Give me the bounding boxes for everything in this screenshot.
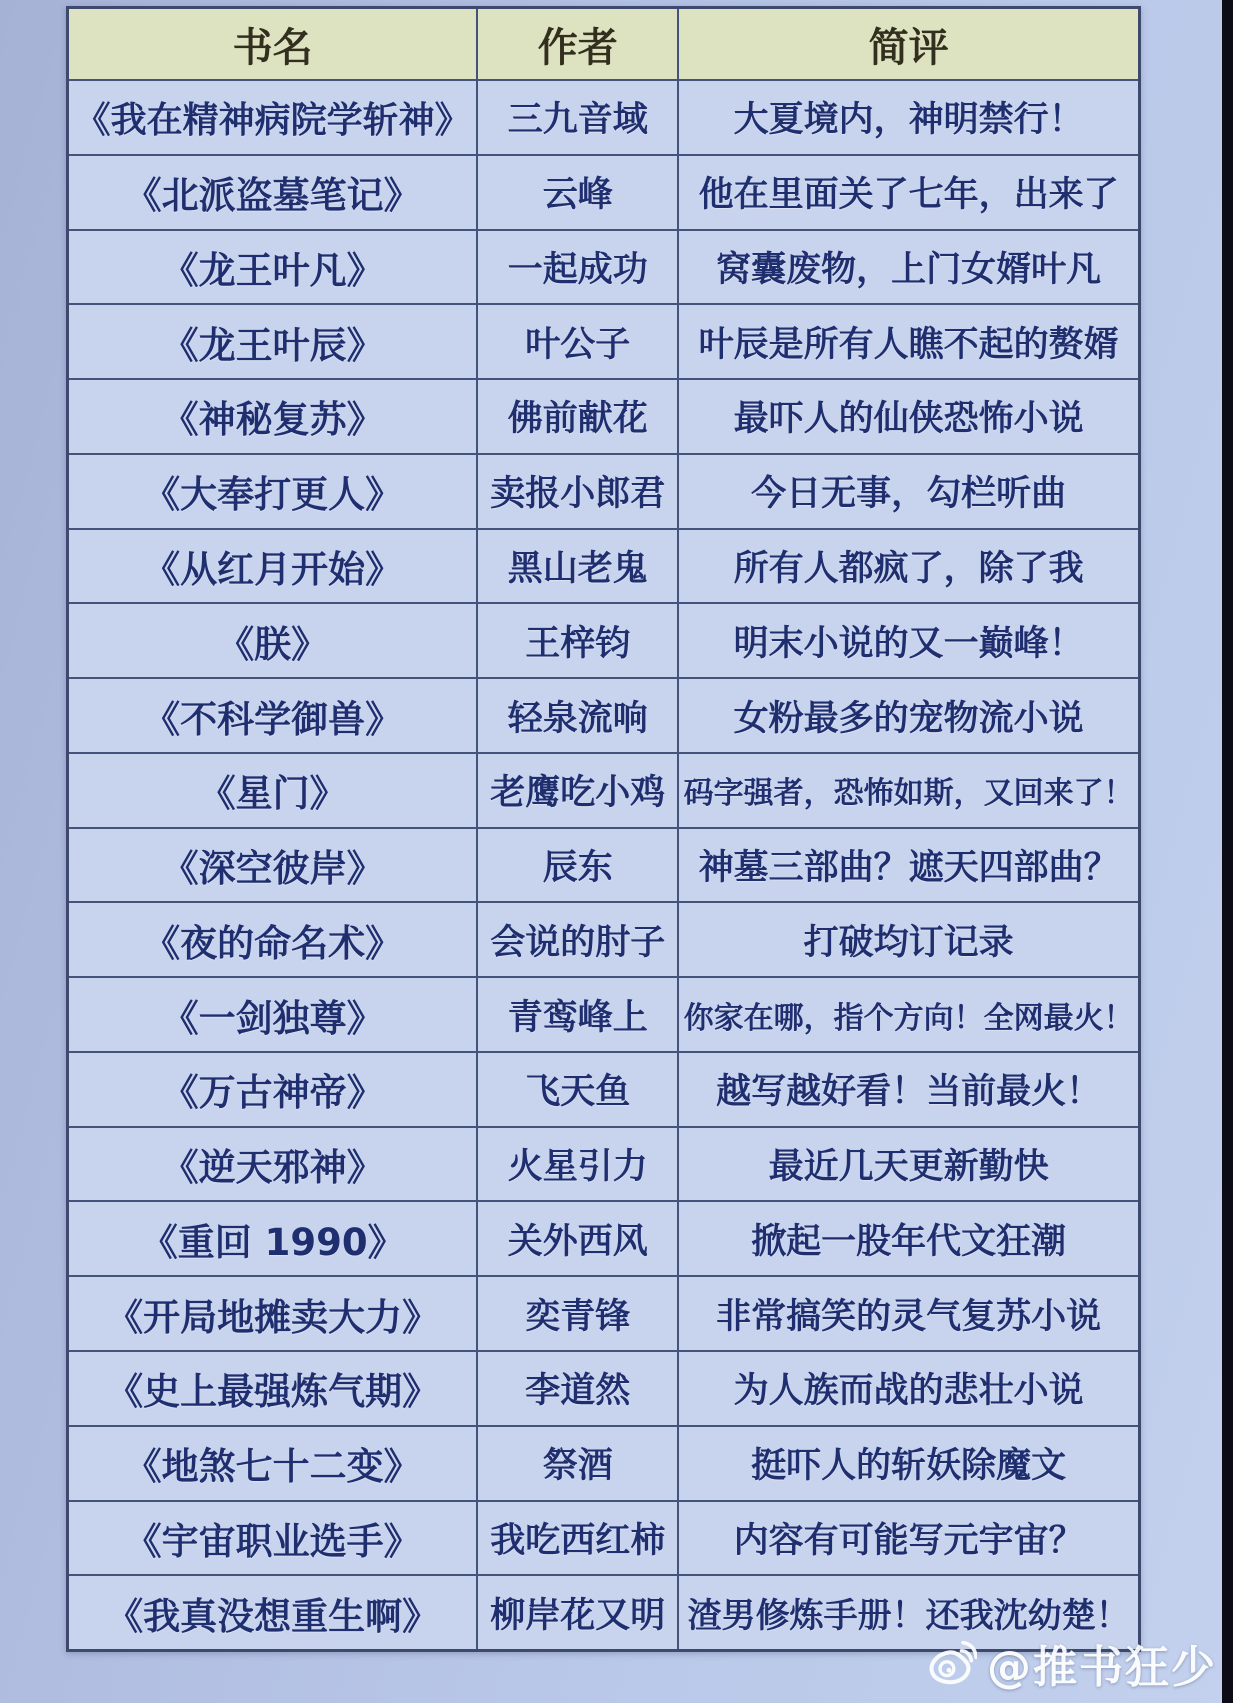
author-cell-text: 王梓钧	[525, 616, 630, 666]
review-cell: 最吓人的仙侠恐怖小说	[677, 380, 1138, 453]
review-cell: 叶辰是所有人瞧不起的赘婿	[677, 305, 1138, 378]
review-cell: 大夏境内，神明禁行！	[677, 81, 1138, 154]
table-row: 《大奉打更人》卖报小郎君今日无事，勾栏听曲	[69, 453, 1138, 528]
table-row: 《地煞七十二变》祭酒挺吓人的斩妖除魔文	[69, 1425, 1138, 1500]
watermark: @推书狂少	[925, 1631, 1217, 1695]
review-cell-text: 你家在哪，指个方向！全网最火！	[684, 993, 1134, 1037]
review-cell-text: 打破均订记录	[804, 915, 1014, 965]
table-row: 《龙王叶凡》一起成功窝囊废物，上门女婿叶凡	[69, 229, 1138, 304]
review-cell-text: 最吓人的仙侠恐怖小说	[734, 391, 1084, 441]
header-book-title: 书名	[69, 9, 476, 79]
table-row: 《从红月开始》黑山老鬼所有人都疯了，除了我	[69, 528, 1138, 603]
author-cell: 王梓钧	[476, 604, 677, 677]
author-cell-text: 会说的肘子	[490, 915, 665, 965]
author-cell: 辰东	[476, 829, 677, 902]
author-cell: 轻泉流响	[476, 679, 677, 752]
table-row: 《神秘复苏》佛前献花最吓人的仙侠恐怖小说	[69, 378, 1138, 453]
book-title-cell: 《深空彼岸》	[69, 829, 476, 902]
review-cell: 你家在哪，指个方向！全网最火！	[677, 978, 1138, 1051]
author-cell: 叶公子	[476, 305, 677, 378]
author-cell: 柳岸花又明	[476, 1576, 677, 1649]
header-review-text: 简评	[869, 16, 949, 73]
author-cell-text: 火星引力	[508, 1139, 648, 1189]
author-cell: 卖报小郎君	[476, 455, 677, 528]
author-cell-text: 青鸾峰上	[508, 990, 648, 1040]
review-cell-text: 为人族而战的悲壮小说	[734, 1363, 1084, 1413]
review-cell: 内容有可能写元宇宙？	[677, 1502, 1138, 1575]
book-title-cell: 《从红月开始》	[69, 530, 476, 603]
author-cell-text: 卖报小郎君	[490, 466, 665, 516]
author-cell-text: 老鹰吃小鸡	[490, 765, 665, 815]
review-cell: 女粉最多的宠物流小说	[677, 679, 1138, 752]
author-cell-text: 祭酒	[543, 1438, 613, 1488]
book-title-cell: 《一剑独尊》	[69, 978, 476, 1051]
author-cell-text: 奕青锋	[525, 1289, 630, 1339]
book-title-cell-text: 《万古神帝》	[162, 1062, 384, 1116]
review-cell: 今日无事，勾栏听曲	[677, 455, 1138, 528]
table-row: 《逆天邪神》火星引力最近几天更新勤快	[69, 1126, 1138, 1201]
book-title-cell-text: 《开局地摊卖大力》	[106, 1287, 439, 1341]
author-cell: 奕青锋	[476, 1277, 677, 1350]
author-cell: 会说的肘子	[476, 903, 677, 976]
book-title-cell-text: 《重回 1990》	[141, 1212, 405, 1266]
header-author: 作者	[476, 9, 677, 79]
book-title-cell: 《神秘复苏》	[69, 380, 476, 453]
book-table: 书名 作者 简评 《我在精神病院学斩神》三九音域大夏境内，神明禁行！《北派盗墓笔…	[66, 6, 1141, 1652]
review-cell-text: 女粉最多的宠物流小说	[734, 691, 1084, 741]
author-cell: 黑山老鬼	[476, 530, 677, 603]
book-title-cell: 《开局地摊卖大力》	[69, 1277, 476, 1350]
author-cell-text: 叶公子	[525, 317, 630, 367]
book-title-cell: 《北派盗墓笔记》	[69, 156, 476, 229]
book-title-cell-text: 《逆天邪神》	[162, 1137, 384, 1191]
review-cell: 非常搞笑的灵气复苏小说	[677, 1277, 1138, 1350]
author-cell-text: 佛前献花	[508, 391, 648, 441]
author-cell: 一起成功	[476, 231, 677, 304]
review-cell-text: 码字强者，恐怖如斯，又回来了！	[684, 768, 1134, 812]
book-title-cell-text: 《深空彼岸》	[162, 838, 384, 892]
book-title-cell-text: 《宇宙职业选手》	[125, 1511, 421, 1565]
table-row: 《北派盗墓笔记》云峰他在里面关了七年，出来了	[69, 154, 1138, 229]
book-title-cell-text: 《我真没想重生啊》	[106, 1586, 439, 1640]
book-title-cell-text: 《神秘复苏》	[162, 389, 384, 443]
author-cell-text: 飞天鱼	[525, 1064, 630, 1114]
book-title-cell: 《不科学御兽》	[69, 679, 476, 752]
book-title-cell-text: 《星门》	[199, 763, 347, 817]
author-cell-text: 辰东	[543, 840, 613, 890]
book-title-cell: 《宇宙职业选手》	[69, 1502, 476, 1575]
author-cell: 云峰	[476, 156, 677, 229]
table-row: 《星门》老鹰吃小鸡码字强者，恐怖如斯，又回来了！	[69, 752, 1138, 827]
author-cell: 火星引力	[476, 1128, 677, 1201]
book-title-cell: 《地煞七十二变》	[69, 1427, 476, 1500]
book-title-cell: 《我在精神病院学斩神》	[69, 81, 476, 154]
review-cell-text: 他在里面关了七年，出来了	[699, 167, 1119, 217]
author-cell-text: 柳岸花又明	[490, 1588, 665, 1638]
book-title-cell: 《大奉打更人》	[69, 455, 476, 528]
book-title-cell-text: 《史上最强炼气期》	[106, 1361, 439, 1415]
book-title-cell-text: 《北派盗墓笔记》	[125, 165, 421, 219]
book-title-cell-text: 《从红月开始》	[143, 539, 402, 593]
author-cell: 老鹰吃小鸡	[476, 754, 677, 827]
review-cell: 最近几天更新勤快	[677, 1128, 1138, 1201]
review-cell-text: 掀起一股年代文狂潮	[751, 1214, 1066, 1264]
table-row: 《史上最强炼气期》李道然为人族而战的悲壮小说	[69, 1350, 1138, 1425]
review-cell-text: 非常搞笑的灵气复苏小说	[716, 1289, 1101, 1339]
review-cell: 码字强者，恐怖如斯，又回来了！	[677, 754, 1138, 827]
review-cell: 他在里面关了七年，出来了	[677, 156, 1138, 229]
table-row: 《深空彼岸》辰东神墓三部曲？遮天四部曲？	[69, 827, 1138, 902]
book-title-cell: 《星门》	[69, 754, 476, 827]
page: 书名 作者 简评 《我在精神病院学斩神》三九音域大夏境内，神明禁行！《北派盗墓笔…	[0, 0, 1233, 1703]
author-cell-text: 我吃西红柿	[490, 1513, 665, 1563]
review-cell: 为人族而战的悲壮小说	[677, 1352, 1138, 1425]
table-header-row: 书名 作者 简评	[69, 9, 1138, 79]
table-row: 《我在精神病院学斩神》三九音域大夏境内，神明禁行！	[69, 79, 1138, 154]
review-cell-text: 明末小说的又一巅峰！	[734, 616, 1084, 666]
review-cell: 窝囊废物，上门女婿叶凡	[677, 231, 1138, 304]
author-cell: 关外西风	[476, 1202, 677, 1275]
author-cell-text: 李道然	[525, 1363, 630, 1413]
table-row: 《不科学御兽》轻泉流响女粉最多的宠物流小说	[69, 677, 1138, 752]
book-title-cell-text: 《龙王叶辰》	[162, 315, 384, 369]
book-title-cell-text: 《夜的命名术》	[143, 913, 402, 967]
book-title-cell: 《万古神帝》	[69, 1053, 476, 1126]
book-title-cell: 《逆天邪神》	[69, 1128, 476, 1201]
book-title-cell-text: 《我在精神病院学斩神》	[75, 92, 471, 143]
table-row: 《一剑独尊》青鸾峰上你家在哪，指个方向！全网最火！	[69, 976, 1138, 1051]
table-row: 《夜的命名术》会说的肘子打破均订记录	[69, 901, 1138, 976]
author-cell: 祭酒	[476, 1427, 677, 1500]
author-cell-text: 三九音域	[508, 92, 648, 142]
review-cell: 打破均订记录	[677, 903, 1138, 976]
review-cell: 所有人都疯了，除了我	[677, 530, 1138, 603]
table-body: 《我在精神病院学斩神》三九音域大夏境内，神明禁行！《北派盗墓笔记》云峰他在里面关…	[69, 79, 1138, 1649]
review-cell-text: 叶辰是所有人瞧不起的赘婿	[699, 317, 1119, 367]
review-cell-text: 今日无事，勾栏听曲	[751, 466, 1066, 516]
author-cell-text: 轻泉流响	[508, 691, 648, 741]
table-row: 《万古神帝》飞天鱼越写越好看！当前最火！	[69, 1051, 1138, 1126]
review-cell-text: 挺吓人的斩妖除魔文	[751, 1438, 1066, 1488]
book-title-cell: 《夜的命名术》	[69, 903, 476, 976]
author-cell-text: 一起成功	[508, 242, 648, 292]
table-row: 《宇宙职业选手》我吃西红柿内容有可能写元宇宙？	[69, 1500, 1138, 1575]
review-cell: 挺吓人的斩妖除魔文	[677, 1427, 1138, 1500]
author-cell: 青鸾峰上	[476, 978, 677, 1051]
header-book-title-text: 书名	[233, 16, 313, 73]
review-cell-text: 最近几天更新勤快	[769, 1139, 1049, 1189]
book-title-cell: 《史上最强炼气期》	[69, 1352, 476, 1425]
table-row: 《龙王叶辰》叶公子叶辰是所有人瞧不起的赘婿	[69, 303, 1138, 378]
book-title-cell-text: 《不科学御兽》	[143, 689, 402, 743]
author-cell: 飞天鱼	[476, 1053, 677, 1126]
review-cell-text: 所有人都疯了，除了我	[734, 541, 1084, 591]
book-title-cell: 《龙王叶凡》	[69, 231, 476, 304]
review-cell: 越写越好看！当前最火！	[677, 1053, 1138, 1126]
right-edge-strip	[1222, 0, 1233, 1703]
book-title-cell-text: 《地煞七十二变》	[125, 1436, 421, 1490]
table-row: 《开局地摊卖大力》奕青锋非常搞笑的灵气复苏小说	[69, 1275, 1138, 1350]
author-cell-text: 云峰	[543, 167, 613, 217]
review-cell-text: 神墓三部曲？遮天四部曲？	[699, 840, 1119, 890]
book-title-cell: 《龙王叶辰》	[69, 305, 476, 378]
table-row: 《重回 1990》关外西风掀起一股年代文狂潮	[69, 1200, 1138, 1275]
book-title-cell-text: 《大奉打更人》	[143, 464, 402, 518]
author-cell: 三九音域	[476, 81, 677, 154]
table-row: 《朕》王梓钧明末小说的又一巅峰！	[69, 602, 1138, 677]
author-cell: 佛前献花	[476, 380, 677, 453]
review-cell-text: 越写越好看！当前最火！	[716, 1064, 1101, 1114]
review-cell: 神墓三部曲？遮天四部曲？	[677, 829, 1138, 902]
book-title-cell-text: 《朕》	[217, 614, 328, 668]
review-cell: 明末小说的又一巅峰！	[677, 604, 1138, 677]
book-title-cell-text: 《龙王叶凡》	[162, 240, 384, 294]
header-review: 简评	[677, 9, 1138, 79]
author-cell-text: 关外西风	[508, 1214, 648, 1264]
review-cell-text: 窝囊废物，上门女婿叶凡	[716, 242, 1101, 292]
review-cell-text: 渣男修炼手册！还我沈幼楚！	[688, 1588, 1130, 1637]
author-cell: 我吃西红柿	[476, 1502, 677, 1575]
watermark-handle: @推书狂少	[987, 1631, 1217, 1695]
book-title-cell-text: 《一剑独尊》	[162, 988, 384, 1042]
author-cell: 李道然	[476, 1352, 677, 1425]
author-cell-text: 黑山老鬼	[508, 541, 648, 591]
book-title-cell: 《朕》	[69, 604, 476, 677]
review-cell-text: 内容有可能写元宇宙？	[734, 1513, 1084, 1563]
review-cell: 掀起一股年代文狂潮	[677, 1202, 1138, 1275]
book-title-cell: 《我真没想重生啊》	[69, 1576, 476, 1649]
weibo-icon	[925, 1637, 977, 1689]
book-title-cell: 《重回 1990》	[69, 1202, 476, 1275]
header-author-text: 作者	[538, 16, 618, 73]
review-cell-text: 大夏境内，神明禁行！	[734, 92, 1084, 142]
